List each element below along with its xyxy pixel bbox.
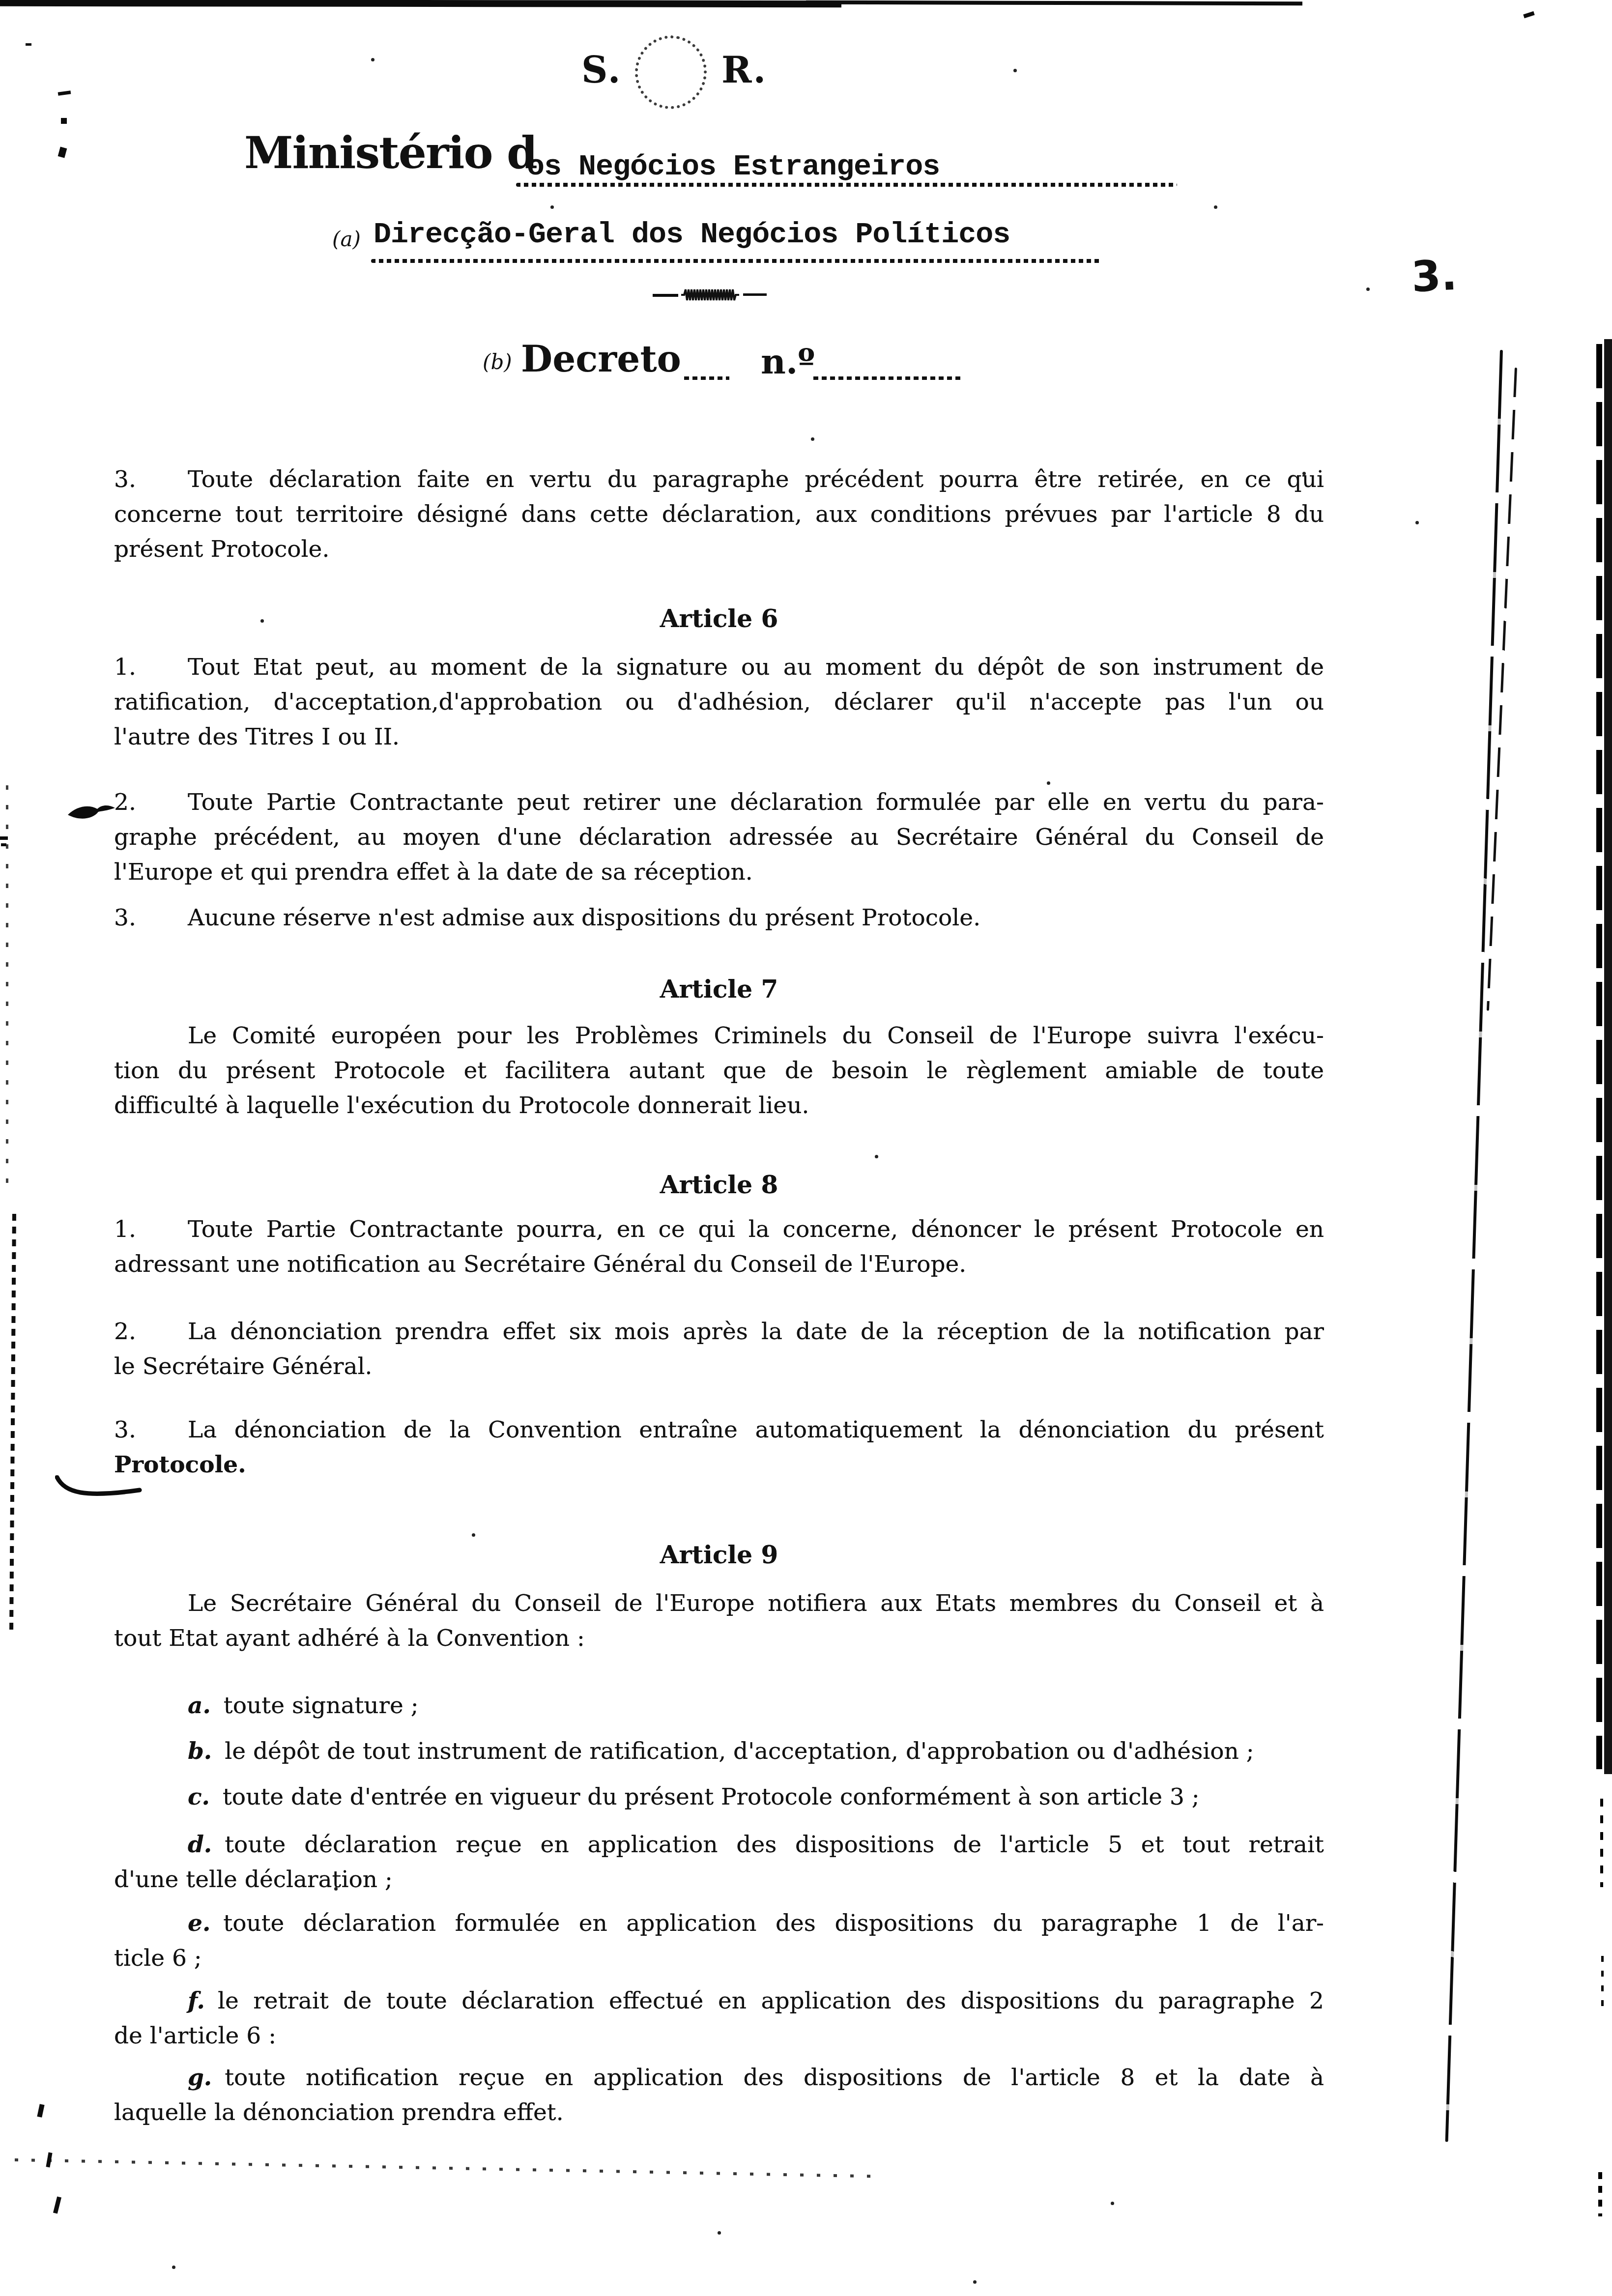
paragraph-line: Protocole. [114, 1447, 1324, 1482]
paragraph-number: 3. [114, 900, 188, 935]
list-item: a.toute signature ; [114, 1688, 1324, 1723]
paragraph-line: 2.Toute Partie Contractante peut retirer… [114, 785, 1324, 820]
margin-check-swoosh-mark [67, 800, 118, 831]
scan-speck [875, 1155, 878, 1158]
list-item: e.toute déclaration formulée en applicat… [114, 1906, 1324, 1976]
top-edge-scan-bar [0, 0, 841, 7]
paragraph: 2.La dénonciation prendra effet six mois… [114, 1314, 1324, 1384]
item-letter: b. [188, 1738, 212, 1765]
paragraph: Le Comité européen pour les Problèmes Cr… [114, 1018, 1324, 1123]
scan-speck [1111, 2202, 1114, 2205]
list-item-line: b.le dépôt de tout instrument de ratific… [114, 1734, 1324, 1769]
margin-underline-swoosh-mark [55, 1475, 144, 1503]
paragraph-line: 1.Toute Partie Contractante pourra, en c… [114, 1212, 1324, 1247]
scan-speck [1214, 205, 1217, 209]
scan-speck [1366, 287, 1370, 291]
decree-number-abbr: n.º [761, 341, 815, 382]
ministry-typed-heading: os Negócios Estrangeiros [527, 150, 940, 184]
paragraph-line: tout Etat ayant adhéré à la Convention : [114, 1621, 1324, 1656]
paragraph-number: 1. [114, 1212, 188, 1247]
scan-edge-tick [1600, 1799, 1603, 1887]
list-item: b.le dépôt de tout instrument de ratific… [114, 1734, 1324, 1769]
paragraph-line: 1.Tout Etat peut, au moment de la signat… [114, 650, 1324, 685]
margin-dash-mark [58, 90, 71, 96]
paragraph-number: 1. [114, 650, 188, 685]
direction-label: (a) [332, 227, 361, 251]
paragraph-line: Le Comité européen pour les Problèmes Cr… [114, 1018, 1324, 1053]
ministry-printed-heading: Ministério d [244, 127, 537, 179]
list-item-line: d.toute déclaration reçue en application… [114, 1827, 1324, 1862]
scan-speck [1013, 69, 1017, 72]
scan-speck [811, 437, 814, 441]
scan-edge-tick [1601, 1956, 1604, 2015]
margin-dot-mark [61, 118, 67, 124]
list-item-line: g.toute notification reçue en applicatio… [114, 2060, 1324, 2095]
separator-squiggle [681, 288, 740, 301]
paragraph-number: 3. [114, 1412, 188, 1447]
list-item-line: de l'article 6 : [114, 2018, 1324, 2053]
scan-edge-band-ragged [1596, 344, 1602, 1769]
article-heading: Article 7 [114, 972, 1324, 1006]
scan-speck [973, 2280, 977, 2284]
article-heading: Article 6 [114, 601, 1324, 636]
bottom-left-mark [53, 2196, 61, 2213]
paragraph-line: l'Europe et qui prendra effet à la date … [114, 855, 1324, 890]
item-letter: f. [188, 1987, 205, 2014]
handwritten-page-number: 3. [1410, 251, 1458, 302]
paragraph-line: ratification, d'acceptation,d'approbatio… [114, 685, 1324, 719]
paragraph-line: présent Protocole. [114, 532, 1324, 567]
item-letter: c. [188, 1783, 210, 1810]
scan-edge-tick [1598, 2172, 1602, 2216]
paragraph-line: tion du présent Protocole et facilitera … [114, 1053, 1324, 1088]
paragraph-line: l'autre des Titres I ou II. [114, 719, 1324, 754]
list-item-line: f.le retrait de toute déclaration effect… [114, 1983, 1324, 2018]
paragraph: 2.Toute Partie Contractante peut retirer… [114, 785, 1324, 890]
scan-speck [1302, 472, 1306, 475]
paragraph-line: le Secrétaire Général. [114, 1349, 1324, 1384]
margin-dash-mark [26, 43, 31, 46]
list-item-line: c.toute date d'entrée en vigueur du prés… [114, 1779, 1324, 1814]
scan-speck [334, 1887, 338, 1891]
list-item-line: e.toute déclaration formulée en applicat… [114, 1906, 1324, 1941]
paragraph-line: 3.Toute déclaration faite en vertu du pa… [114, 462, 1324, 497]
list-item: f.le retrait de toute déclaration effect… [114, 1983, 1324, 2053]
scan-speck [1248, 1602, 1252, 1606]
paragraph-number: 2. [114, 1314, 188, 1349]
top-edge-scan-bar-thin [806, 0, 1302, 6]
paragraph-line: 2.La dénonciation prendra effet six mois… [114, 1314, 1324, 1349]
bottom-left-mark [37, 2104, 44, 2118]
scan-speck [1415, 521, 1419, 524]
fold-dotted-line [6, 785, 8, 1188]
item-letter: e. [188, 1910, 210, 1937]
scan-speck [172, 2266, 175, 2269]
list-item-line: ticle 6 ; [114, 1941, 1324, 1976]
direction-typed-heading: Direcção-Geral dos Negócios Políticos [374, 218, 1010, 252]
paragraph-line: graphe précédent, au moyen d'une déclara… [114, 820, 1324, 855]
separator-dash-right [743, 293, 767, 296]
scan-speck [472, 1533, 475, 1537]
top-right-scan-tick [1523, 11, 1534, 18]
scan-speck [718, 2231, 721, 2235]
article-heading: Article 8 [114, 1167, 1324, 1202]
bottom-speckle-line [15, 2158, 880, 2178]
decree-word: Decreto [521, 338, 681, 380]
decree-blank-line-2 [813, 376, 961, 380]
scan-speck [260, 619, 264, 623]
paragraph-line: adressant une notification au Secrétaire… [114, 1247, 1324, 1282]
scan-speck [550, 205, 554, 209]
paragraph: 3.Aucune réserve n'est admise aux dispos… [114, 900, 1324, 935]
scan-speck [371, 58, 374, 61]
separator-dash-left [653, 294, 678, 297]
classification-letter-s: S. [581, 49, 622, 91]
document-body: 3.Toute déclaration faite en vertu du pa… [114, 462, 1324, 2130]
paragraph: 3.Toute déclaration faite en vertu du pa… [114, 462, 1324, 567]
scanned-document-page: { "page": { "background_color": "#ffffff… [0, 0, 1612, 2296]
decree-blank-line-1 [684, 376, 729, 380]
paragraph-line: 3.Aucune réserve n'est admise aux dispos… [114, 900, 1324, 935]
paragraph-line: concerne tout territoire désigné dans ce… [114, 497, 1324, 532]
classification-letter-r: R. [721, 49, 767, 91]
ministry-dotted-underline [516, 183, 1177, 187]
decree-label: (b) [483, 350, 512, 374]
item-letter: d. [188, 1831, 212, 1858]
paragraph: 3.La dénonciation de la Convention entra… [114, 1412, 1324, 1482]
paragraph-line: Le Secrétaire Général du Conseil de l'Eu… [114, 1586, 1324, 1621]
article-heading: Article 9 [114, 1537, 1324, 1572]
paragraph-number: 2. [114, 785, 188, 820]
item-letter: a. [188, 1692, 211, 1719]
margin-tick-mark [58, 147, 67, 158]
paragraph: 1.Tout Etat peut, au moment de la signat… [114, 650, 1324, 754]
direction-dotted-underline [371, 259, 1101, 263]
scratch-streak-long [1445, 350, 1503, 2142]
list-item: d.toute déclaration reçue en application… [114, 1827, 1324, 1897]
fold-dashed-line [9, 1214, 16, 1632]
list-item-line: laquelle la dénonciation prendra effet. [114, 2095, 1324, 2130]
scan-speck [1047, 781, 1050, 785]
seal-icon [628, 29, 714, 115]
item-letter: g. [188, 2064, 212, 2091]
paragraph-line: difficulté à laquelle l'exécution du Pro… [114, 1088, 1324, 1123]
paragraph-number: 3. [114, 462, 188, 497]
paragraph-line: 3.La dénonciation de la Convention entra… [114, 1412, 1324, 1447]
list-item-line: a.toute signature ; [114, 1688, 1324, 1723]
paragraph: 1.Toute Partie Contractante pourra, en c… [114, 1212, 1324, 1282]
list-item-line: d'une telle déclaration ; [114, 1862, 1324, 1897]
list-item: g.toute notification reçue en applicatio… [114, 2060, 1324, 2130]
paragraph: Le Secrétaire Général du Conseil de l'Eu… [114, 1586, 1324, 1656]
list-item: c.toute date d'entrée en vigueur du prés… [114, 1779, 1324, 1814]
scan-edge-band [1604, 339, 1612, 1774]
